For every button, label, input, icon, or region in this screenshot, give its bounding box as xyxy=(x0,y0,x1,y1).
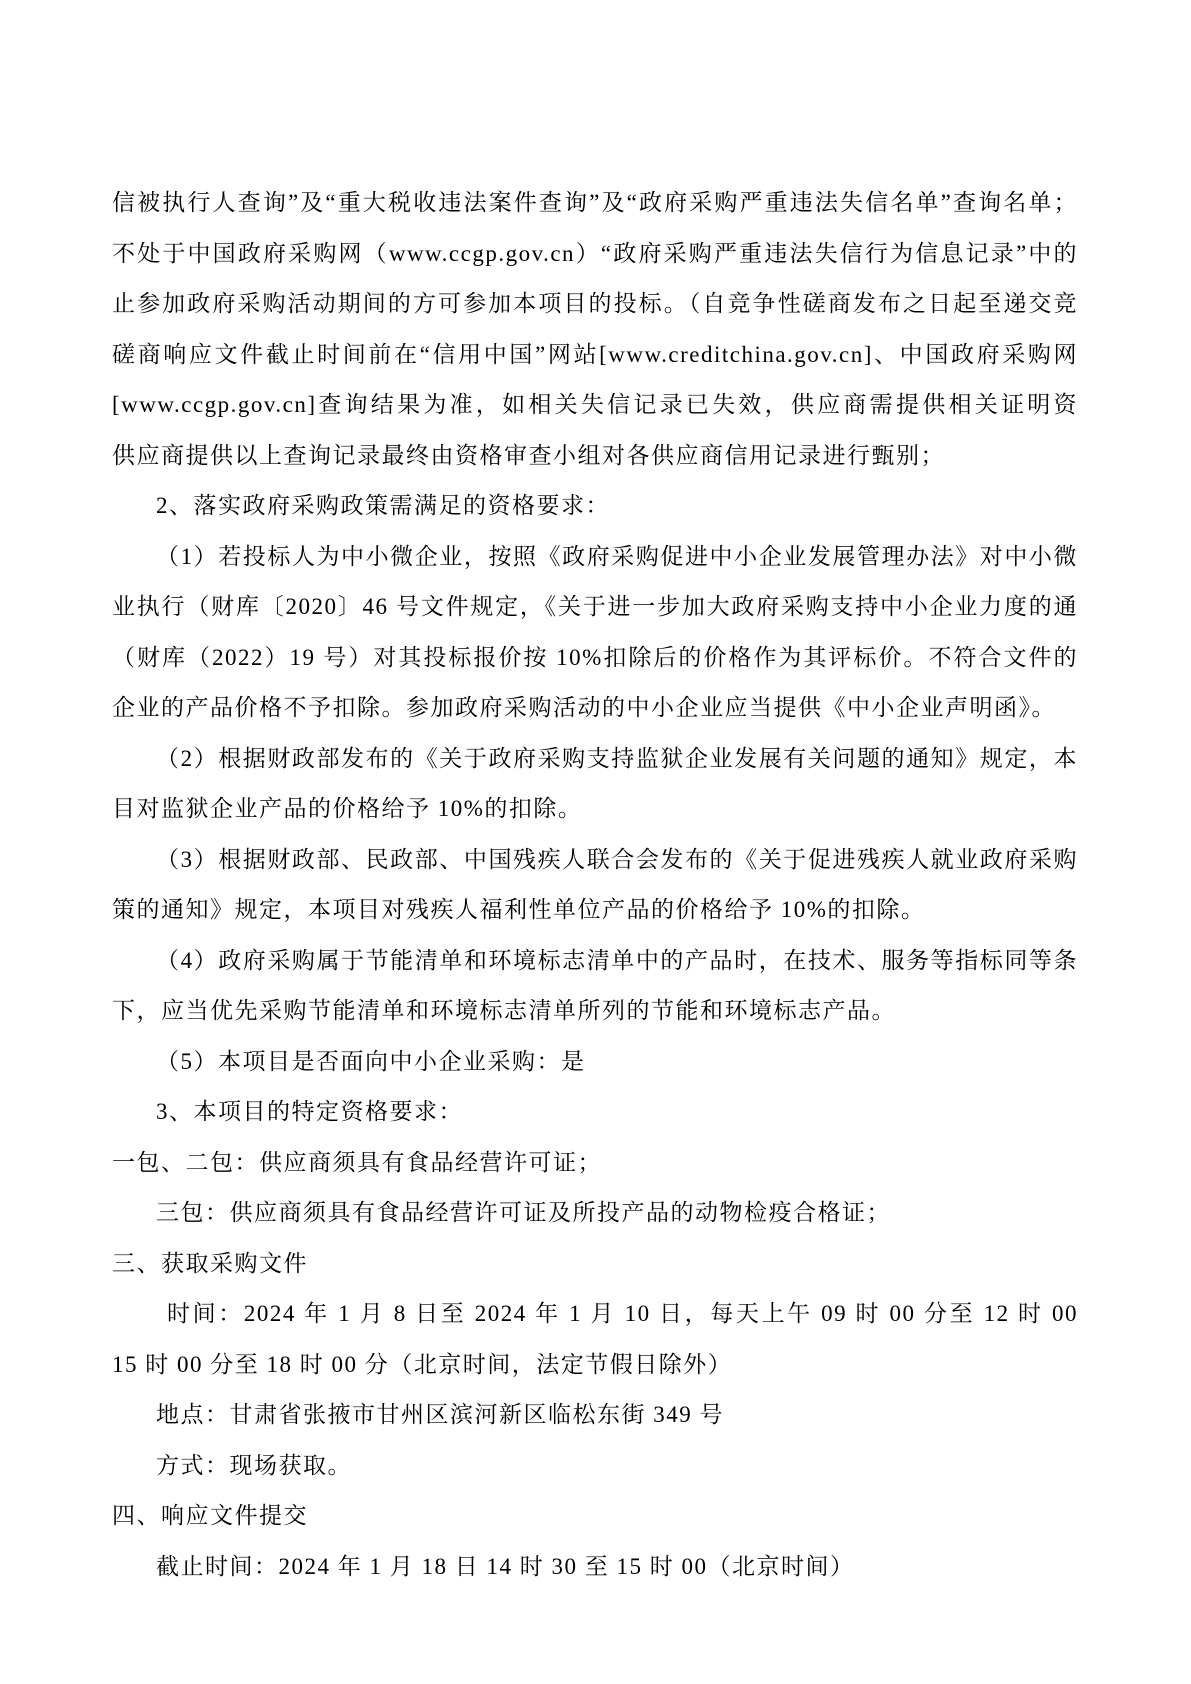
list-item-3: 3、本项目的特定资格要求： xyxy=(112,1087,1078,1138)
paragraph-line: 业执行（财库〔2020〕46 号文件规定，《关于进一步加大政府采购支持中小企业力… xyxy=(112,582,1078,633)
list-item-2-4: （4）政府采购属于节能清单和环境标志清单中的产品时，在技术、服务等指标同等条件 xyxy=(112,936,1078,987)
paragraph-line: （财库（2022）19 号）对其投标报价按 10%扣除后的价格作为其评标价。不符… xyxy=(112,633,1078,684)
list-item-2-2: （2）根据财政部发布的《关于政府采购支持监狱企业发展有关问题的通知》规定，本项 xyxy=(112,734,1078,785)
list-item-2-1: （1）若投标人为中小微企业，按照《政府采购促进中小企业发展管理办法》对中小微企 xyxy=(112,532,1078,583)
obtain-location-line: 地点：甘肃省张掖市甘州区滨河新区临松东街 349 号 xyxy=(112,1390,1078,1441)
package-requirement-line: 一包、二包：供应商须具有食品经营许可证； xyxy=(112,1138,1078,1189)
paragraph-line: 不处于中国政府采购网（www.ccgp.gov.cn）“政府采购严重违法失信行为… xyxy=(112,229,1078,280)
obtain-method-line: 方式：现场获取。 xyxy=(112,1441,1078,1492)
submission-deadline-line: 截止时间：2024 年 1 月 18 日 14 时 30 至 15 时 00（北… xyxy=(112,1542,1078,1593)
list-item-2: 2、落实政府采购政策需满足的资格要求： xyxy=(112,481,1078,532)
document-text-block: 信被执行人查询”及“重大税收违法案件查询”及“政府采购严重违法失信名单”查询名单… xyxy=(112,178,1078,1592)
document-page: 信被执行人查询”及“重大税收违法案件查询”及“政府采购严重违法失信名单”查询名单… xyxy=(0,0,1191,1684)
section-heading-4: 四、响应文件提交 xyxy=(112,1491,1078,1542)
paragraph-line: 策的通知》规定，本项目对残疾人福利性单位产品的价格给予 10%的扣除。 xyxy=(112,885,1078,936)
paragraph-line: 下，应当优先采购节能清单和环境标志清单所列的节能和环境标志产品。 xyxy=(112,986,1078,1037)
package-requirement-line: 三包：供应商须具有食品经营许可证及所投产品的动物检疫合格证； xyxy=(112,1188,1078,1239)
obtain-time-line: 时间：2024 年 1 月 8 日至 2024 年 1 月 10 日，每天上午 … xyxy=(112,1289,1078,1340)
section-heading-3: 三、获取采购文件 xyxy=(112,1239,1078,1290)
paragraph-line: 信被执行人查询”及“重大税收违法案件查询”及“政府采购严重违法失信名单”查询名单… xyxy=(112,178,1078,229)
obtain-time-line: 15 时 00 分至 18 时 00 分（北京时间，法定节假日除外） xyxy=(112,1340,1078,1391)
paragraph-line: 目对监狱企业产品的价格给予 10%的扣除。 xyxy=(112,784,1078,835)
paragraph-line: 磋商响应文件截止时间前在“信用中国”网站[www.creditchina.gov… xyxy=(112,330,1078,381)
paragraph-line: [www.ccgp.gov.cn]查询结果为准，如相关失信记录已失效，供应商需提… xyxy=(112,380,1078,431)
list-item-2-5: （5）本项目是否面向中小企业采购：是 xyxy=(112,1037,1078,1088)
list-item-2-3: （3）根据财政部、民政部、中国残疾人联合会发布的《关于促进残疾人就业政府采购政 xyxy=(112,835,1078,886)
paragraph-line: 止参加政府采购活动期间的方可参加本项目的投标。（自竞争性磋商发布之日起至递交竞争… xyxy=(112,279,1078,330)
paragraph-line: 企业的产品价格不予扣除。参加政府采购活动的中小企业应当提供《中小企业声明函》。 xyxy=(112,683,1078,734)
paragraph-line: 供应商提供以上查询记录最终由资格审查小组对各供应商信用记录进行甄别； xyxy=(112,431,1078,482)
